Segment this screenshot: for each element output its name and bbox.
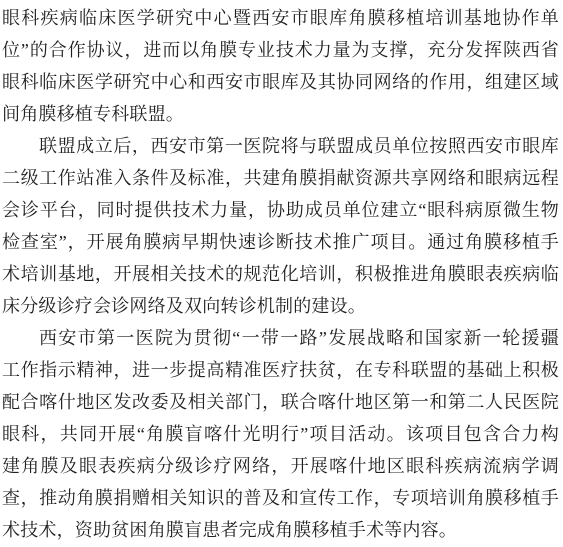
text-line: 床分级诊疗会诊网络及双向转诊机制的建设。 — [2, 290, 559, 322]
text-line: 会诊平台，同时提供技术力量，协助成员单位建立“眼科病原微生物 — [2, 194, 559, 226]
document-body: 眼科疾病临床医学研究中心暨西安市眼库角膜移植培训基地协作单位”的合作协议，进而以… — [2, 2, 559, 546]
text-line: 术技术，资助贫困角膜盲患者完成角膜移植手术等内容。 — [2, 514, 559, 546]
text-line: 二级工作站准入条件及标准，共建角膜捐献资源共享网络和眼病远程 — [2, 162, 559, 194]
text-line: 工作指示精神，进一步提高精准医疗扶贫，在专科联盟的基础上积极 — [2, 354, 559, 386]
text-line: 建角膜及眼表疾病分级诊疗网络，开展喀什地区眼科疾病流病学调 — [2, 450, 559, 482]
text-line: 位”的合作协议，进而以角膜专业技术力量为支撑，充分发挥陕西省 — [2, 34, 559, 66]
text-line: 配合喀什地区发改委及相关部门，联合喀什地区第一和第二人民医院 — [2, 386, 559, 418]
text-line: 西安市第一医院为贯彻“一带一路”发展战略和国家新一轮援疆 — [2, 322, 559, 354]
text-line: 术培训基地，开展相关技术的规范化培训，积极推进角膜眼表疾病临 — [2, 258, 559, 290]
text-line: 间角膜移植专科联盟。 — [2, 98, 559, 130]
text-line: 眼科临床医学研究中心和西安市眼库及其协同网络的作用，组建区域 — [2, 66, 559, 98]
text-line: 眼科疾病临床医学研究中心暨西安市眼库角膜移植培训基地协作单 — [2, 2, 559, 34]
text-line: 检查室”，开展角膜病早期快速诊断技术推广项目。通过角膜移植手 — [2, 226, 559, 258]
text-line: 眼科，共同开展“角膜盲喀什光明行”项目活动。该项目包含合力构 — [2, 418, 559, 450]
document-page: 眼科疾病临床医学研究中心暨西安市眼库角膜移植培训基地协作单位”的合作协议，进而以… — [0, 0, 563, 547]
text-line: 查，推动角膜捐赠相关知识的普及和宣传工作，专项培训角膜移植手 — [2, 482, 559, 514]
text-line: 联盟成立后，西安市第一医院将与联盟成员单位按照西安市眼库 — [2, 130, 559, 162]
